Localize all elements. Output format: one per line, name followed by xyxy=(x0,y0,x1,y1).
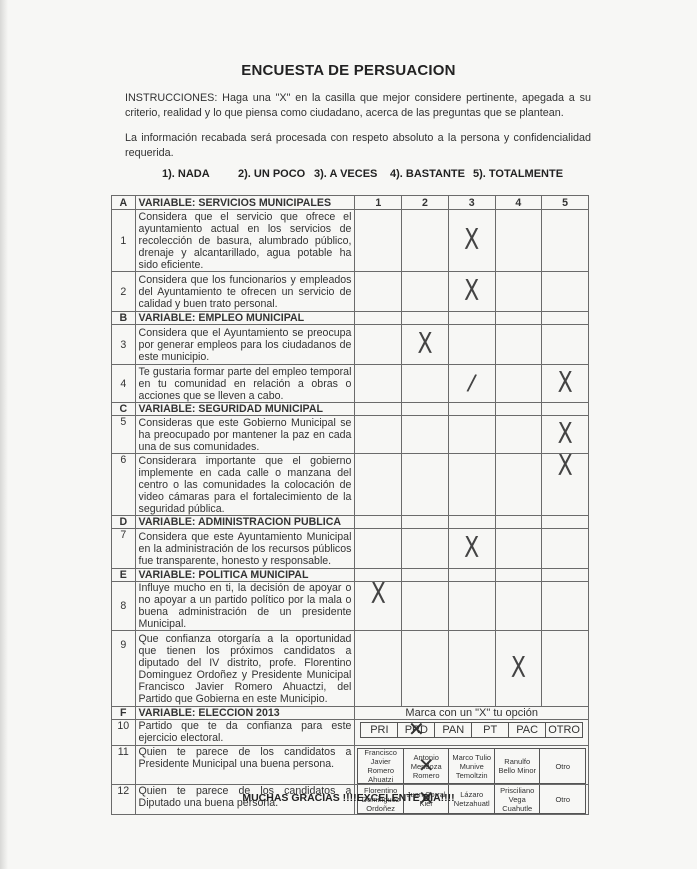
section-title: VARIABLE: ELECCION 2013 xyxy=(135,707,355,720)
scale-4: 4). BASTANTE xyxy=(390,168,465,180)
question-number: 9 xyxy=(112,631,136,707)
confidentiality-text: La información recabada será procesada c… xyxy=(125,131,591,160)
answer-cell-5[interactable] xyxy=(542,631,589,707)
question-row: 10 Partido que te da confianza para este… xyxy=(112,720,589,746)
mayor-candidate-option[interactable]: Ranulfo Bello Minor xyxy=(495,749,541,783)
question-row: 7 Considera que este Ayuntamiento Munici… xyxy=(112,529,589,569)
question-row: 4 Te gustaria formar parte del empleo te… xyxy=(112,365,589,403)
section-title: VARIABLE: ADMINISTRACION PUBLICA xyxy=(135,516,355,529)
handwritten-x-mark: X xyxy=(464,275,479,308)
question-row: 6 Considerara importante que el gobierno… xyxy=(112,454,589,516)
party-option[interactable]: PRI xyxy=(361,723,398,737)
mayor-candidate-options: Francisco Javier Romero AhuatziAntonio M… xyxy=(357,748,586,784)
handwritten-x-mark: X xyxy=(558,367,573,400)
answer-cell-2[interactable] xyxy=(402,365,449,403)
party-options: PRIPRDPANPTPACOTRO xyxy=(360,722,583,738)
answer-cell-3[interactable]: X xyxy=(448,529,495,569)
answer-cell-2[interactable] xyxy=(402,210,449,272)
question-number: 2 xyxy=(112,272,136,312)
answer-cell-5[interactable]: X xyxy=(542,454,589,516)
answer-cell-3[interactable]: X xyxy=(448,272,495,312)
answer-cell-5[interactable]: X xyxy=(542,365,589,403)
handwritten-x-mark: X xyxy=(558,418,573,451)
handwritten-x-mark: X xyxy=(464,224,479,257)
mayor-candidate-option[interactable]: Marco Tulio Munive Temoltzin xyxy=(449,749,495,783)
party-options-cell: PRIPRDPANPTPACOTRO xyxy=(355,720,589,746)
answer-cell-1[interactable] xyxy=(355,631,402,707)
question-text: Considera que el Ayuntamiento se preocup… xyxy=(135,325,355,365)
answer-cell-3[interactable]: X xyxy=(448,210,495,272)
answer-cell-3[interactable] xyxy=(448,325,495,365)
section-letter: A xyxy=(112,196,136,210)
answer-cell-4[interactable] xyxy=(495,325,542,365)
question-text: Influye mucho en ti, la decisión de apoy… xyxy=(135,582,355,631)
question-row: 2 Considera que los funcionarios y emple… xyxy=(112,272,589,312)
question-text: Que confianza otorgaría a la oportunidad… xyxy=(135,631,355,707)
mayor-candidate-option[interactable]: Francisco Javier Romero Ahuatzi xyxy=(358,749,404,783)
section-letter: B xyxy=(112,312,136,325)
scale-header-1: 1 xyxy=(355,196,402,210)
answer-cell-4[interactable] xyxy=(495,454,542,516)
section-title: VARIABLE: SEGURIDAD MUNICIPAL xyxy=(135,403,355,416)
answer-cell-2[interactable] xyxy=(402,454,449,516)
answer-cell-3[interactable] xyxy=(448,582,495,631)
question-number: 10 xyxy=(112,720,136,746)
answer-cell-3[interactable] xyxy=(448,631,495,707)
section-header-c: C VARIABLE: SEGURIDAD MUNICIPAL xyxy=(112,403,589,416)
answer-cell-1[interactable] xyxy=(355,454,402,516)
answer-cell-3[interactable] xyxy=(448,416,495,454)
survey-table: A VARIABLE: SERVICIOS MUNICIPALES 1 2 3 … xyxy=(111,195,589,815)
question-number: 7 xyxy=(112,529,136,569)
section-header-d: D VARIABLE: ADMINISTRACION PUBLICA xyxy=(112,516,589,529)
question-text: Partido que te da confianza para este ej… xyxy=(135,720,355,746)
section-title: VARIABLE: EMPLEO MUNICIPAL xyxy=(135,312,355,325)
section-letter: F xyxy=(112,707,136,720)
question-number: 8 xyxy=(112,582,136,631)
answer-cell-4[interactable] xyxy=(495,210,542,272)
party-option[interactable]: PT xyxy=(472,723,509,737)
question-number: 6 xyxy=(112,454,136,516)
question-row: 9 Que confianza otorgaría a la oportunid… xyxy=(112,631,589,707)
instructions-text: INSTRUCCIONES: Haga una "X" en la casill… xyxy=(125,91,591,120)
answer-cell-5[interactable] xyxy=(542,529,589,569)
answer-cell-1[interactable] xyxy=(355,529,402,569)
section-header-f: F VARIABLE: ELECCION 2013 Marca con un "… xyxy=(112,707,589,720)
answer-cell-4[interactable] xyxy=(495,365,542,403)
scale-header-4: 4 xyxy=(495,196,542,210)
handwritten-tick-mark: / xyxy=(466,371,478,397)
party-option[interactable]: PRD xyxy=(398,723,435,737)
scale-3: 3). A VECES xyxy=(314,168,377,180)
answer-cell-2[interactable] xyxy=(402,529,449,569)
scale-header-3: 3 xyxy=(448,196,495,210)
handwritten-x-mark: X xyxy=(417,328,432,361)
mayor-options-cell: Francisco Javier Romero AhuatziAntonio M… xyxy=(355,746,589,785)
answer-cell-5[interactable]: X xyxy=(542,416,589,454)
section-letter: E xyxy=(112,569,136,582)
mayor-candidate-option[interactable]: Otro xyxy=(540,749,585,783)
party-option[interactable]: OTRO xyxy=(546,723,582,737)
answer-cell-4[interactable] xyxy=(495,582,542,631)
answer-cell-4[interactable] xyxy=(495,272,542,312)
answer-cell-2[interactable] xyxy=(402,582,449,631)
question-row: 5 Consideras que este Gobierno Municipal… xyxy=(112,416,589,454)
section-header-e: E VARIABLE: POLITICA MUNICIPAL xyxy=(112,569,589,582)
scale-header-2: 2 xyxy=(402,196,449,210)
answer-cell-4[interactable]: X xyxy=(495,631,542,707)
answer-cell-1[interactable] xyxy=(355,325,402,365)
answer-cell-5[interactable] xyxy=(542,582,589,631)
scale-1: 1). NADA xyxy=(162,168,210,180)
question-number: 11 xyxy=(112,746,136,785)
closing-message: MUCHAS GRACIAS !!!!EXCELENTE DIA!!!! xyxy=(0,792,697,804)
question-text: Considerara importante que el gobierno i… xyxy=(135,454,355,516)
question-text: Considera que este Ayuntamiento Municipa… xyxy=(135,529,355,569)
answer-cell-2[interactable] xyxy=(402,272,449,312)
answer-cell-3[interactable]: / xyxy=(448,365,495,403)
question-number: 1 xyxy=(112,210,136,272)
answer-cell-1[interactable]: X xyxy=(355,582,402,631)
party-option[interactable]: PAC xyxy=(509,723,546,737)
question-row: 1 Considera que el servicio que ofrece e… xyxy=(112,210,589,272)
page-edge-shadow xyxy=(0,0,8,869)
question-text: Considera que el servicio que ofrece el … xyxy=(135,210,355,272)
handwritten-x-mark: X xyxy=(558,450,573,483)
answer-cell-4[interactable] xyxy=(495,416,542,454)
question-row: 11 Quien te parece de los candidatos a P… xyxy=(112,746,589,785)
answer-cell-1[interactable] xyxy=(355,365,402,403)
answer-cell-1[interactable] xyxy=(355,210,402,272)
handwritten-x-mark: X xyxy=(464,532,479,565)
handwritten-x-mark: X xyxy=(371,578,386,611)
question-text: Te gustaria formar parte del empleo temp… xyxy=(135,365,355,403)
answer-cell-5[interactable] xyxy=(542,272,589,312)
section-header-b: B VARIABLE: EMPLEO MUNICIPAL xyxy=(112,312,589,325)
question-text: Consideras que este Gobierno Municipal s… xyxy=(135,416,355,454)
question-row: 8 Influye mucho en ti, la decisión de ap… xyxy=(112,582,589,631)
section-letter: C xyxy=(112,403,136,416)
handwritten-x-mark: X xyxy=(511,652,526,685)
party-option[interactable]: PAN xyxy=(435,723,472,737)
option-caption: Marca con un "X" tu opción xyxy=(355,707,589,720)
section-letter: D xyxy=(112,516,136,529)
question-number: 5 xyxy=(112,416,136,454)
scale-header-5: 5 xyxy=(542,196,589,210)
answer-cell-5[interactable] xyxy=(542,325,589,365)
section-title: VARIABLE: POLITICA MUNICIPAL xyxy=(135,569,355,582)
scale-2: 2). UN POCO xyxy=(238,168,305,180)
answer-cell-3[interactable] xyxy=(448,454,495,516)
section-header-a: A VARIABLE: SERVICIOS MUNICIPALES 1 2 3 … xyxy=(112,196,589,210)
question-number: 3 xyxy=(112,325,136,365)
answer-cell-2[interactable]: X xyxy=(402,325,449,365)
answer-cell-2[interactable] xyxy=(402,631,449,707)
section-title: VARIABLE: SERVICIOS MUNICIPALES xyxy=(135,196,355,210)
mayor-candidate-option[interactable]: Antonio Mendoza Romero xyxy=(404,749,450,783)
answer-cell-1[interactable] xyxy=(355,416,402,454)
question-number: 4 xyxy=(112,365,136,403)
answer-cell-5[interactable] xyxy=(542,210,589,272)
answer-cell-2[interactable] xyxy=(402,416,449,454)
question-text: Quien te parece de los candidatos a Pres… xyxy=(135,746,355,785)
question-text: Considera que los funcionarios y emplead… xyxy=(135,272,355,312)
scale-5: 5). TOTALMENTE xyxy=(473,168,563,180)
question-row: 3 Considera que el Ayuntamiento se preoc… xyxy=(112,325,589,365)
document-title: ENCUESTA DE PERSUACION xyxy=(0,62,697,79)
answer-cell-4[interactable] xyxy=(495,529,542,569)
answer-cell-1[interactable] xyxy=(355,272,402,312)
